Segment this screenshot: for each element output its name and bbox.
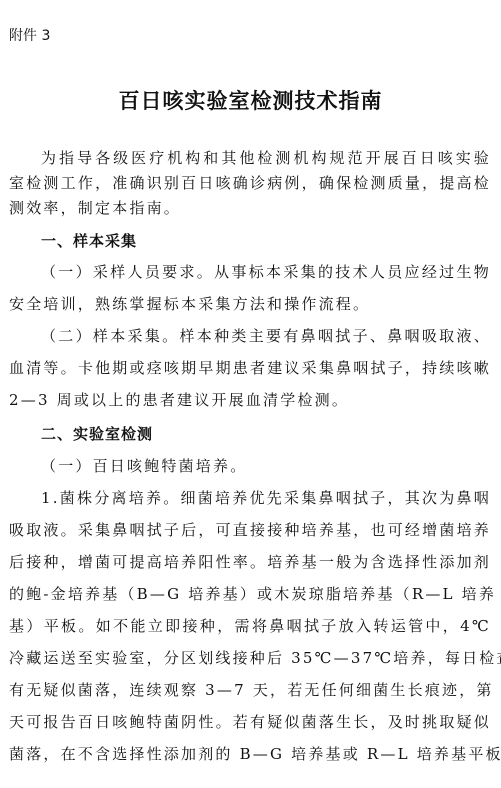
document-title: 百日咳实验室检测技术指南 — [0, 87, 501, 115]
intro-line-1: 为指导各级医疗机构和其他检测机构规范开展百日咳实验 — [41, 148, 491, 168]
attachment-label: 附件 3 — [9, 26, 50, 46]
paragraph-line: 菌落，在不含选择性添加剂的 B—G 培养基或 R—L 培养基平板 — [9, 744, 491, 764]
paragraph-line: 天可报告百日咳鲍特菌阴性。若有疑似菌落生长，及时挑取疑似 — [9, 712, 491, 732]
paragraph-line: 安全培训，熟练掌握标本采集方法和操作流程。 — [9, 294, 491, 314]
intro-line-3: 测效率，制定本指南。 — [9, 198, 491, 218]
paragraph-line: 冷藏运送至实验室，分区划线接种后 35℃—37℃培养，每日检查 — [9, 648, 491, 668]
paragraph-line: 吸取液。采集鼻咽拭子后，可直接接种培养基，也可经增菌培养 — [9, 520, 491, 540]
paragraph-line: 有无疑似菌落，连续观察 3—7 天，若无任何细菌生长痕迹，第 7 — [9, 680, 491, 700]
paragraph-line: 血清等。卡他期或痉咳期早期患者建议采集鼻咽拭子，持续咳嗽 — [9, 358, 491, 378]
section-heading-sample-collection: 一、样本采集 — [41, 231, 137, 251]
document-page: 附件 3 百日咳实验室检测技术指南 为指导各级医疗机构和其他检测机构规范开展百日… — [0, 0, 501, 788]
subheading-culture: （一）百日咳鲍特菌培养。 — [41, 456, 501, 476]
paragraph-line: （二）样本采集。样本种类主要有鼻咽拭子、鼻咽吸取液、 — [41, 326, 491, 346]
paragraph-line: 2—3 周或以上的患者建议开展血清学检测。 — [9, 390, 491, 410]
paragraph-line: （一）采样人员要求。从事标本采集的技术人员应经过生物 — [41, 262, 491, 282]
paragraph-line: 的鲍-金培养基（B—G 培养基）或木炭琼脂培养基（R—L 培养 — [9, 584, 491, 604]
paragraph-line: 后接种，增菌可提高培养阳性率。培养基一般为含选择性添加剂 — [9, 552, 491, 572]
section-heading-lab-testing: 二、实验室检测 — [41, 424, 153, 444]
paragraph-line: 基）平板。如不能立即接种，需将鼻咽拭子放入转运管中，4℃ — [9, 616, 491, 636]
intro-line-2: 室检测工作，准确识别百日咳确诊病例，确保检测质量，提高检 — [9, 173, 491, 193]
paragraph-line: 1.菌株分离培养。细菌培养优先采集鼻咽拭子，其次为鼻咽 — [41, 488, 491, 508]
